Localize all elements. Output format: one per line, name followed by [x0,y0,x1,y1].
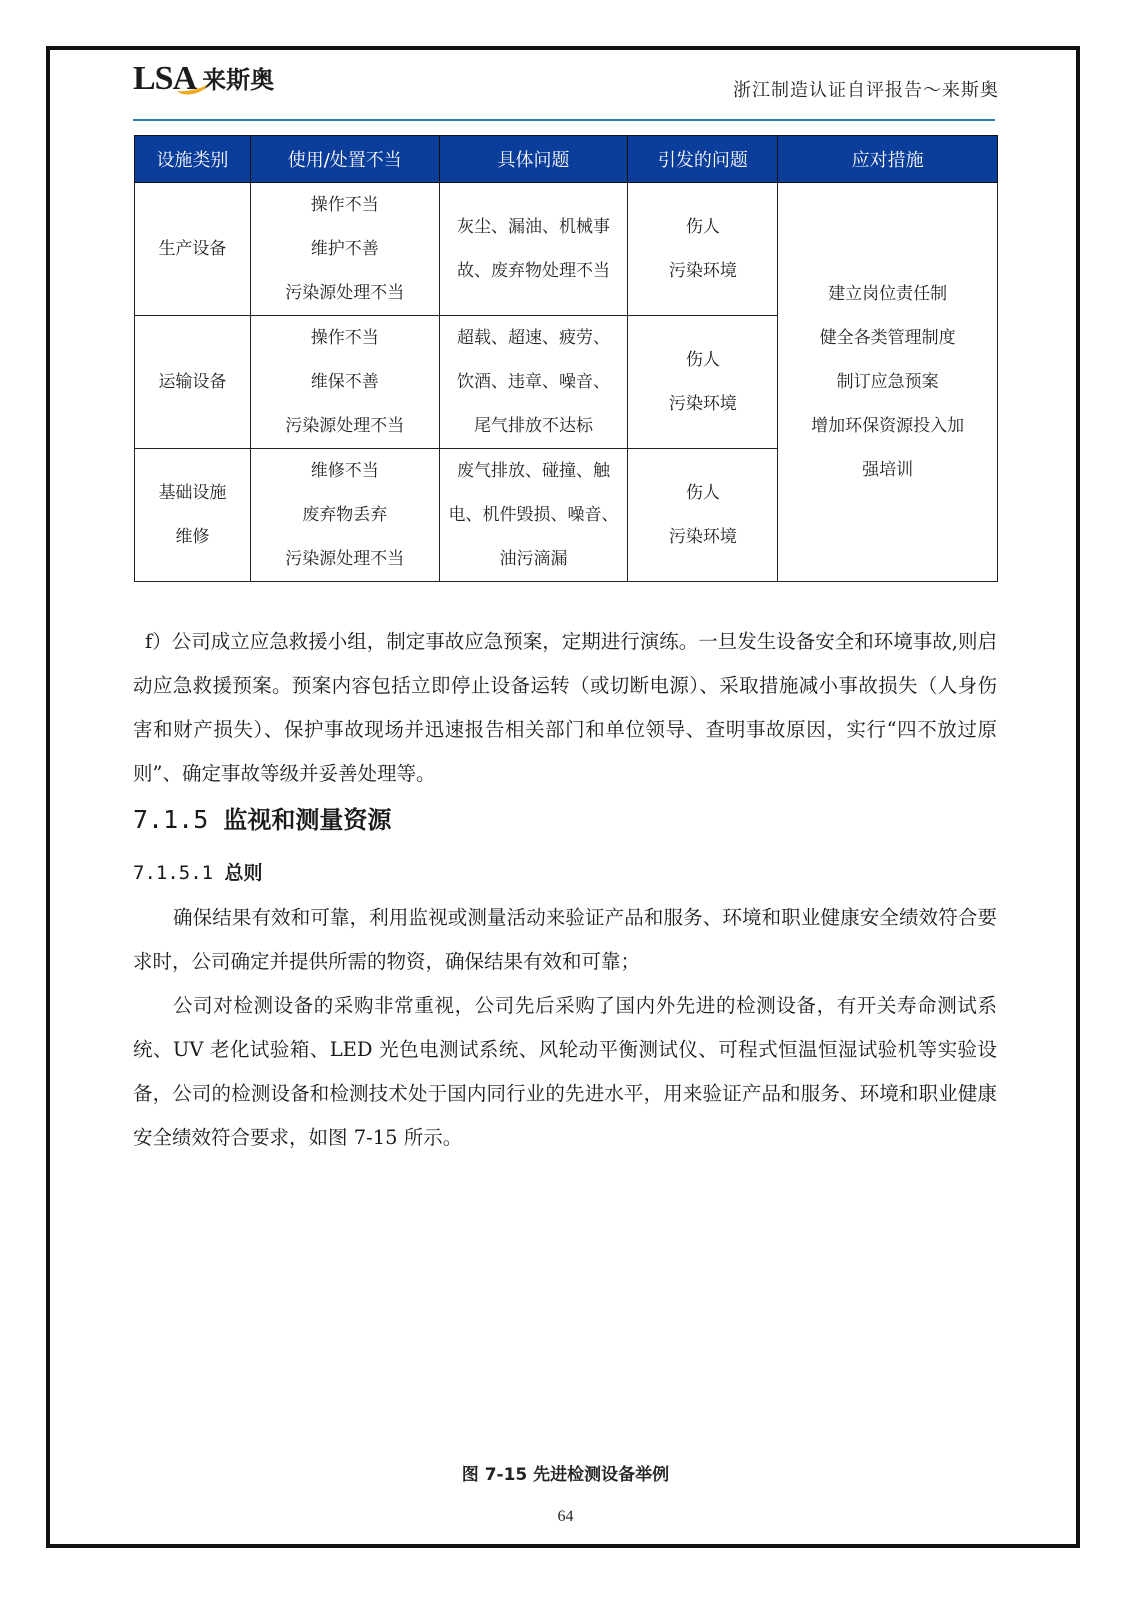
company-logo: LSA 来斯奥 [133,62,274,96]
column-header: 引发的问题 [628,136,778,183]
cell-text: 维修不当 [257,449,433,493]
measures-cell: 建立岗位责任制 健全各类管理制度 制订应急预案 增加环保资源投入加 强培训 [778,183,998,582]
cell-text: 尾气排放不达标 [446,404,622,448]
cell-text: 伤人 [634,471,771,515]
table-header-row: 设施类别 使用/处置不当 具体问题 引发的问题 应对措施 [135,136,998,183]
misuse-cell: 操作不当 维护不善 污染源处理不当 [250,183,439,316]
cell-text: 维护不善 [257,227,433,271]
cell-text: 污染环境 [634,382,771,426]
cell-text: 伤人 [634,205,771,249]
report-header-title: 浙江制造认证自评报告～来斯奥 [733,76,999,102]
cell-text: 污染源处理不当 [257,271,433,315]
paragraph-emergency-plan: f）公司成立应急救援小组，制定事故应急预案，定期进行演练。一旦发生设备安全和环境… [133,620,997,796]
paragraph-equipment: 公司对检测设备的采购非常重视，公司先后采购了国内外先进的检测设备，有开关寿命测试… [133,984,997,1160]
table-row: 生产设备 操作不当 维护不善 污染源处理不当 灰尘、漏油、机械事 故、废弃物处理… [135,183,998,316]
paragraph-general: 确保结果有效和可靠，利用监视或测量活动来验证产品和服务、环境和职业健康安全绩效符… [133,896,997,984]
column-header: 应对措施 [778,136,998,183]
cell-text: 增加环保资源投入加 [784,404,991,448]
cell-text: 伤人 [634,338,771,382]
subsection-number: 7.1.5.1 [133,862,213,884]
section-number: 7.1.5 [133,805,208,834]
figure-caption: 图 7-15 先进检测设备举例 [0,1460,1131,1485]
cell-text: 建立岗位责任制 [784,272,991,316]
cell-text: 污染环境 [634,515,771,559]
facility-risk-table: 设施类别 使用/处置不当 具体问题 引发的问题 应对措施 生产设备 操作不当 维… [134,135,998,582]
category-cell: 基础设施 维修 [135,449,251,582]
cell-text: 污染源处理不当 [257,537,433,581]
column-header: 设施类别 [135,136,251,183]
problems-cell: 超载、超速、疲劳、 饮酒、违章、噪音、 尾气排放不达标 [439,316,628,449]
cell-text: 生产设备 [141,227,244,271]
page-number: 64 [0,1508,1131,1526]
misuse-cell: 操作不当 维保不善 污染源处理不当 [250,316,439,449]
cell-text: 健全各类管理制度 [784,316,991,360]
cell-text: 废弃物丢弃 [257,493,433,537]
cell-text: 运输设备 [141,360,244,404]
consequences-cell: 伤人 污染环境 [628,183,778,316]
cell-text: 饮酒、违章、噪音、 [446,360,622,404]
problems-cell: 灰尘、漏油、机械事 故、废弃物处理不当 [439,183,628,316]
cell-text: 污染环境 [634,249,771,293]
header-divider [133,119,995,121]
section-heading: 7.1.5 监视和测量资源 [133,800,391,835]
subsection-heading: 7.1.5.1 总则 [133,858,263,885]
logo-chinese: 来斯奥 [202,64,274,96]
column-header: 具体问题 [439,136,628,183]
cell-text: 操作不当 [257,183,433,227]
subsection-title: 总则 [225,862,263,884]
cell-text: 制订应急预案 [784,360,991,404]
column-header: 使用/处置不当 [250,136,439,183]
cell-text: 超载、超速、疲劳、 [446,316,622,360]
cell-text: 维保不善 [257,360,433,404]
category-cell: 生产设备 [135,183,251,316]
cell-text: 油污滴漏 [446,537,622,581]
problems-cell: 废气排放、碰撞、触 电、机件毁损、噪音、 油污滴漏 [439,449,628,582]
cell-text: 电、机件毁损、噪音、 [446,493,622,537]
cell-text: 灰尘、漏油、机械事 [446,205,622,249]
category-cell: 运输设备 [135,316,251,449]
cell-text: 故、废弃物处理不当 [446,249,622,293]
cell-text: 操作不当 [257,316,433,360]
cell-text: 污染源处理不当 [257,404,433,448]
consequences-cell: 伤人 污染环境 [628,316,778,449]
misuse-cell: 维修不当 废弃物丢弃 污染源处理不当 [250,449,439,582]
cell-text: 基础设施 [141,471,244,515]
consequences-cell: 伤人 污染环境 [628,449,778,582]
section-title: 监视和测量资源 [223,806,391,834]
cell-text: 强培训 [784,448,991,492]
cell-text: 废气排放、碰撞、触 [446,449,622,493]
cell-text: 维修 [141,515,244,559]
